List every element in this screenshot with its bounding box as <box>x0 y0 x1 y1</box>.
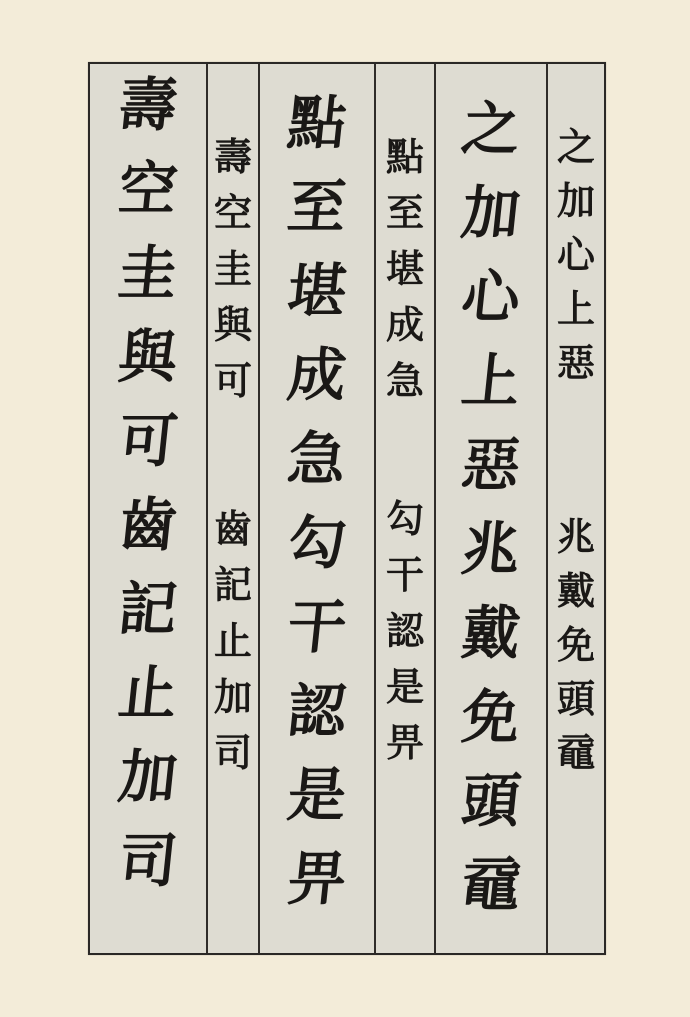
glyph: 加 <box>557 182 595 220</box>
glyph: 齒 <box>214 510 252 548</box>
glyph: 畀 <box>285 850 349 908</box>
glyph: 成 <box>285 346 349 404</box>
glyph: 認 <box>285 682 349 740</box>
glyph: 干 <box>285 598 349 656</box>
glyph: 是 <box>285 766 349 824</box>
glyph: 壽 <box>116 76 180 134</box>
glyph: 齒 <box>116 496 180 554</box>
column-cursive-1: 之 加 心 上 惡 兆 戴 免 頭 黿 <box>436 64 546 953</box>
glyph: 認 <box>386 612 424 650</box>
glyph: 心 <box>459 268 523 326</box>
glyph: 上 <box>557 290 595 328</box>
glyph: 黿 <box>459 856 523 914</box>
glyph: 之 <box>557 128 595 166</box>
glyph: 司 <box>214 734 252 772</box>
glyph: 點 <box>386 138 424 176</box>
glyph: 之 <box>459 100 523 158</box>
glyph: 司 <box>116 832 180 890</box>
glyph: 加 <box>459 184 523 242</box>
glyph: 記 <box>214 566 252 604</box>
glyph: 圭 <box>116 244 180 302</box>
glyph: 干 <box>386 556 424 594</box>
glyph: 急 <box>285 430 349 488</box>
glyph: 與 <box>116 328 180 386</box>
glyph: 惡 <box>557 344 595 382</box>
glyph: 堪 <box>386 250 424 288</box>
glyph: 止 <box>214 622 252 660</box>
glyph: 心 <box>557 236 595 274</box>
column-cursive-3: 壽 空 圭 與 可 齒 記 止 加 司 <box>90 64 206 953</box>
column-regular-2: 點 至 堪 成 急 勾 干 認 是 畀 <box>376 64 434 953</box>
glyph: 至 <box>285 178 349 236</box>
glyph: 頭 <box>459 772 523 830</box>
glyph: 加 <box>214 678 252 716</box>
glyph: 勾 <box>285 514 349 572</box>
glyph: 加 <box>116 748 180 806</box>
glyph: 成 <box>386 306 424 344</box>
glyph: 與 <box>214 306 252 344</box>
column-cursive-2: 點 至 堪 成 急 勾 干 認 是 畀 <box>260 64 374 953</box>
glyph: 至 <box>386 194 424 232</box>
glyph: 點 <box>285 94 349 152</box>
glyph: 勾 <box>386 500 424 538</box>
glyph: 堪 <box>285 262 349 320</box>
glyph: 急 <box>386 362 424 400</box>
glyph: 空 <box>116 160 180 218</box>
glyph: 黿 <box>557 734 595 772</box>
glyph: 戴 <box>459 604 523 662</box>
glyph: 記 <box>116 580 180 638</box>
glyph: 惡 <box>459 436 523 494</box>
glyph: 免 <box>459 688 523 746</box>
glyph: 可 <box>214 362 252 400</box>
glyph: 頭 <box>557 680 595 718</box>
glyph: 壽 <box>214 138 252 176</box>
calligraphy-page-panel: 之 加 心 上 惡 兆 戴 免 頭 黿 之 加 心 上 惡 兆 戴 免 頭 黿 … <box>88 62 606 955</box>
glyph: 兆 <box>459 520 523 578</box>
glyph: 空 <box>214 194 252 232</box>
column-regular-3: 壽 空 圭 與 可 齒 記 止 加 司 <box>208 64 258 953</box>
column-regular-1: 之 加 心 上 惡 兆 戴 免 頭 黿 <box>548 64 604 953</box>
glyph: 畀 <box>386 724 424 762</box>
glyph: 兆 <box>557 518 595 556</box>
glyph: 圭 <box>214 250 252 288</box>
glyph: 是 <box>386 668 424 706</box>
glyph: 止 <box>116 664 180 722</box>
glyph: 免 <box>557 626 595 664</box>
glyph: 可 <box>116 412 180 470</box>
glyph: 戴 <box>557 572 595 610</box>
glyph: 上 <box>459 352 523 410</box>
